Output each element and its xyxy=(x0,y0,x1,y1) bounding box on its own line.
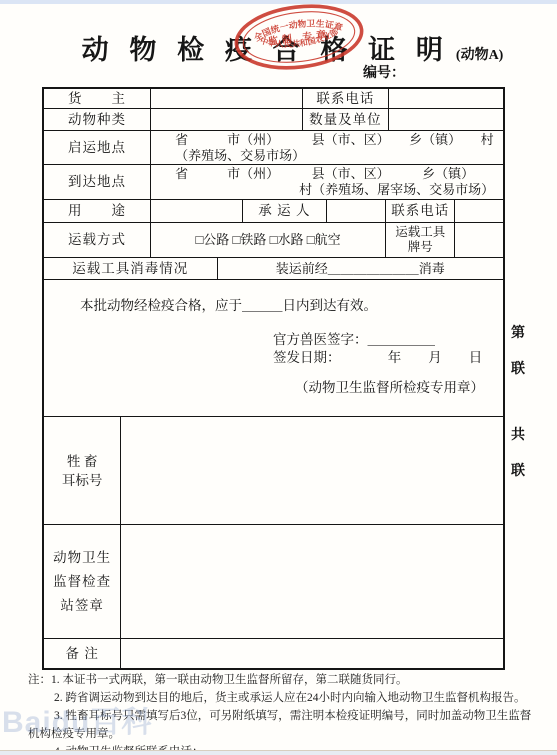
row-certification: 本批动物经检疫合格，应于＿＿＿日内到达有效。 官方兽医签字：＿＿＿＿＿ 签发日期… xyxy=(44,280,503,417)
row-species: 动物种类 数量及单位 xyxy=(44,109,503,131)
note-item-3: 3. 牲畜耳标号只需填写后3位，可另附纸填写，需注明本检疫证明编号，同时加盖动物… xyxy=(28,710,531,740)
copy-total-mark-lian2: 联 xyxy=(511,460,525,480)
species-value-cell xyxy=(151,109,303,130)
row-destination: 到达地点 省 市（州） 县（市、区） 乡（镇） 村（养殖场、屠宰场、交易市场） xyxy=(44,165,503,200)
quantity-unit-label: 数量及单位 xyxy=(303,109,389,130)
eartag-label-line2: 耳标号 xyxy=(62,471,103,490)
owner-value-cell xyxy=(151,89,303,108)
note-item-2: 2. 跨省调运动物到达目的地后，货主或承运人应在24小时内向输入地动物卫生监督机… xyxy=(54,692,526,704)
row-remarks: 备 注 xyxy=(44,639,503,668)
eartag-value-cell xyxy=(121,417,503,524)
inspection-station-value-cell xyxy=(121,525,503,638)
origin-address-line1: 省 市（州） 县（市、区） 乡（镇） 村 xyxy=(151,132,494,148)
vehicle-plate-label: 运载工具 牌号 xyxy=(386,223,455,257)
page-bottom-strip xyxy=(0,750,557,755)
destination-address-line1: 省 市（州） 县（市、区） 乡（镇） xyxy=(151,166,474,182)
species-label: 动物种类 xyxy=(44,109,151,130)
carrier-phone-value-cell xyxy=(455,200,503,222)
disinfection-text: 装运前经＿＿＿＿＿＿＿消毒 xyxy=(218,258,504,279)
row-eartag: 牲 畜 耳标号 xyxy=(44,417,503,525)
vehicle-plate-label-line1: 运载工具 xyxy=(395,225,445,240)
origin-label: 启运地点 xyxy=(44,131,151,164)
owner-phone-label: 联系电话 xyxy=(303,89,389,108)
carrier-phone-label: 联系电话 xyxy=(386,200,455,222)
destination-address-cell: 省 市（州） 县（市、区） 乡（镇） 村（养殖场、屠宰场、交易市场） xyxy=(151,165,503,199)
inspection-station-label-line2: 监督检查 xyxy=(53,570,111,594)
note-line-3: 3. 牲畜耳标号只需填写后3位，可另附纸填写，需注明本检疫证明编号，同时加盖动物… xyxy=(28,707,534,743)
official-seal-stamp: 全国统一动物卫生证章 中华人民共和国农业部 监制 专章 xyxy=(228,0,370,80)
origin-address-line2: （养殖场、交易市场） xyxy=(151,148,305,164)
owner-label: 货 主 xyxy=(44,89,151,108)
transport-mode-options: □公路 □铁路 □水路 □航空 xyxy=(151,223,386,257)
certification-cell: 本批动物经检疫合格，应于＿＿＿日内到达有效。 官方兽医签字：＿＿＿＿＿ 签发日期… xyxy=(44,280,503,416)
carrier-value-cell xyxy=(327,200,386,222)
row-disinfection: 运载工具消毒情况 装运前经＿＿＿＿＿＿＿消毒 xyxy=(44,258,503,280)
usage-value-cell xyxy=(151,200,243,222)
transport-mode-label: 运载方式 xyxy=(44,223,151,257)
disinfection-label: 运载工具消毒情况 xyxy=(44,258,218,279)
row-inspection-station: 动物卫生 监督检查 站签章 xyxy=(44,525,503,639)
eartag-label-line1: 牲 畜 xyxy=(67,452,97,471)
copy-number-mark-lian1: 联 xyxy=(511,358,525,378)
origin-address-cell: 省 市（州） 县（市、区） 乡（镇） 村 （养殖场、交易市场） xyxy=(151,131,503,164)
vehicle-plate-value-cell xyxy=(455,223,503,257)
row-transport-mode: 运载方式 □公路 □铁路 □水路 □航空 运载工具 牌号 xyxy=(44,223,503,258)
carrier-label: 承 运 人 xyxy=(243,200,326,222)
quantity-unit-value-cell xyxy=(389,109,503,130)
row-owner: 货 主 联系电话 xyxy=(44,89,503,109)
certification-statement: 本批动物经检疫合格，应于＿＿＿日内到达有效。 xyxy=(80,298,377,314)
remarks-label: 备 注 xyxy=(44,639,121,668)
page-title-suffix: (动物A) xyxy=(456,48,503,63)
row-origin: 启运地点 省 市（州） 县（市、区） 乡（镇） 村 （养殖场、交易市场） xyxy=(44,131,503,165)
notes-prefix: 注： xyxy=(28,674,51,686)
issue-date-label: 签发日期： 年 月 日 xyxy=(273,350,482,366)
footer-notes: 注：1. 本证书一式两联，第一联由动物卫生监督所留存，第二联随货同行。 2. 跨… xyxy=(28,671,534,755)
vehicle-plate-label-line2: 牌号 xyxy=(408,240,433,255)
row-usage: 用 途 承 运 人 联系电话 xyxy=(44,200,503,223)
certificate-document: 动 物 检 疫 合 格 证 明 (动物A) 编号： 全国统一动物卫生证章 中华人… xyxy=(0,0,557,755)
owner-phone-value-cell xyxy=(389,89,503,108)
form-table: 货 主 联系电话 动物种类 数量及单位 启运地点 省 市（州） 县（市、区） 乡… xyxy=(42,87,505,670)
usage-label: 用 途 xyxy=(44,200,151,222)
inspection-station-label-line3: 站签章 xyxy=(60,594,104,618)
vet-signature-label: 官方兽医签字：＿＿＿＿＿ xyxy=(273,332,435,348)
note-line-2: 2. 跨省调运动物到达目的地后，货主或承运人应在24小时内向输入地动物卫生监督机… xyxy=(28,689,534,707)
remarks-value-cell xyxy=(121,639,503,668)
copy-number-mark-di: 第 xyxy=(511,322,525,342)
eartag-label: 牲 畜 耳标号 xyxy=(44,417,121,524)
note-item-1: 1. 本证书一式两联，第一联由动物卫生监督所留存，第二联随货同行。 xyxy=(51,674,408,686)
destination-label: 到达地点 xyxy=(44,165,151,199)
inspection-station-label: 动物卫生 监督检查 站签章 xyxy=(44,525,121,638)
certificate-number-label: 编号： xyxy=(363,62,405,82)
note-line-1: 注：1. 本证书一式两联，第一联由动物卫生监督所留存，第二联随货同行。 xyxy=(28,671,534,689)
inspection-station-label-line1: 动物卫生 xyxy=(53,546,111,570)
quarantine-seal-note: （动物卫生监督所检疫专用章） xyxy=(295,380,484,396)
copy-total-mark-gong: 共 xyxy=(511,424,525,444)
destination-address-line2: 村（养殖场、屠宰场、交易市场） xyxy=(151,182,494,198)
